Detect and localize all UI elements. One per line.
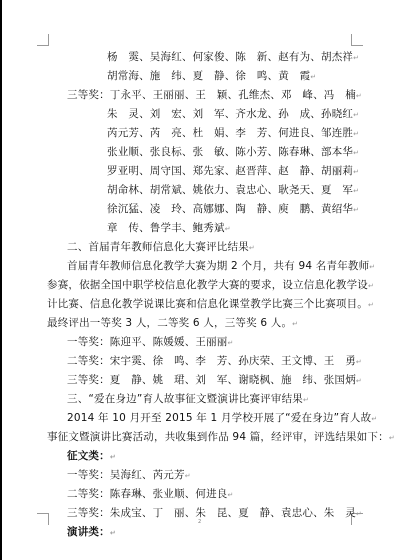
document-line: 2014 年 10 月开至 2015 年 1 月学校开展了“爱在身边”育人故↵: [67, 409, 377, 429]
document-line: 参赛，依据全国中职学校信息化教学大赛的要求，设立信息化教学设↵: [47, 276, 374, 296]
paragraph-mark-icon: ↵: [303, 396, 309, 404]
line-text: 章 传、鲁学丰、鲍秀斌: [107, 222, 225, 234]
line-text: 杨 霙、吴海红、何家俊、陈 新、赵有为、胡杰祥: [107, 51, 353, 63]
margin-corner-bottom-left: [37, 513, 49, 525]
paragraph-mark-icon: ↵: [356, 358, 362, 366]
document-line: 计比赛、信息化教学说课比赛和信息化课堂教学比赛三个比赛项目。↵: [47, 295, 374, 315]
line-text: 二等奖：宋宇霙、徐 鸣、李 芳、孙庆荣、王文博、王 勇: [67, 355, 356, 367]
paragraph-mark-icon: ↵: [228, 339, 234, 347]
margin-corner-top-left: [37, 34, 49, 46]
window-left-border: [0, 0, 2, 560]
line-text: 计比赛、信息化教学说课比赛和信息化课堂教学比赛三个比赛项目。: [47, 298, 368, 310]
document-line: 杨 霙、吴海红、何家俊、陈 新、赵有为、胡杰祥↵: [107, 48, 359, 68]
line-text: 一等奖：陈迎平、陈媛媛、王丽丽: [67, 336, 228, 348]
document-line: 一等奖：陈迎平、陈媛媛、王丽丽↵: [67, 333, 234, 353]
paragraph-mark-icon: ↵: [110, 529, 116, 537]
line-text: 徐沉猛、凌 玲、高娜娜、陶 静、庾 鹏、黄绍华: [107, 203, 353, 215]
line-text: 张业顺、张良标、张 敏、陈小芳、陈春琳、部本华: [107, 146, 353, 158]
line-text: 征文类：: [67, 450, 110, 462]
document-line: 一等奖：吴海红、芮元芳↵: [67, 466, 191, 486]
line-text: 胡常海、施 纬、夏 静、徐 鸣、黄 霞: [107, 70, 310, 82]
line-text: 二、首届青年教师信息化大赛评比结果: [67, 241, 249, 253]
line-text: 三等奖：朱成宝、丁 丽、朱 昆、夏 静、袁忠心、朱 灵: [67, 507, 356, 519]
document-line: 章 传、鲁学丰、鲍秀斌↵: [107, 219, 231, 239]
line-text: 胡命林、胡常斌、姚依力、袁忠心、耿尧天、夏 军: [107, 184, 353, 196]
paragraph-mark-icon: ↵: [353, 111, 359, 119]
paragraph-mark-icon: ↵: [310, 73, 316, 81]
document-line: 三等奖：丁永平、王丽丽、王 颖、孔维杰、邓 峰、冯 楠↵: [67, 86, 362, 106]
paragraph-mark-icon: ↵: [353, 130, 359, 138]
line-text: 参赛，依据全国中职学校信息化教学大赛的要求，设立信息化教学设: [47, 279, 368, 291]
line-text: 朱 灵、刘 宏、刘 军、齐水龙、孙 成、孙晓红: [107, 108, 353, 120]
paragraph-mark-icon: ↵: [389, 434, 395, 442]
document-line: 芮元芳、芮 亮、杜 娟、李 芳、何进良、邹连胜↵: [107, 124, 359, 144]
document-line: 胡常海、施 纬、夏 静、徐 鸣、黄 霞↵: [107, 67, 316, 87]
paragraph-mark-icon: ↵: [353, 168, 359, 176]
line-text: 演讲类：: [67, 526, 110, 538]
document-line: 胡命林、胡常斌、姚依力、袁忠心、耿尧天、夏 军↵: [107, 181, 359, 201]
line-text: 三等奖：夏 静、姚 珺、刘 军、谢晓枫、施 纬、张国炳: [67, 374, 356, 386]
paragraph-mark-icon: ↵: [228, 491, 234, 499]
line-text: 三、“爱在身边”育人故事征文暨演讲比赛评审结果: [67, 393, 303, 405]
line-text: 罗亚明、周守国、郑先家、赵晋萍、赵 静、胡丽莉: [107, 165, 353, 177]
paragraph-mark-icon: ↵: [353, 54, 359, 62]
paragraph-mark-icon: ↵: [353, 206, 359, 214]
document-line: 最终评出一等奖 3 人，二等奖 6 人，三等奖 6 人。↵: [47, 314, 298, 334]
page-number: 2: [198, 519, 201, 525]
line-text: 三等奖：丁永平、王丽丽、王 颖、孔维杰、邓 峰、冯 楠: [67, 89, 356, 101]
line-text: 首届青年教师信息化教学大赛为期 2 个月，共有 94 名青年教师: [67, 260, 369, 272]
line-text: 最终评出一等奖 3 人，二等奖 6 人，三等奖 6 人。: [47, 317, 292, 329]
paragraph-mark-icon: ↵: [356, 377, 362, 385]
document-line: 三、“爱在身边”育人故事征文暨演讲比赛评审结果↵: [67, 390, 309, 410]
paragraph-mark-icon: ↵: [371, 415, 377, 423]
paragraph-mark-icon: ↵: [249, 244, 255, 252]
document-line: 二等奖：宋宇霙、徐 鸣、李 芳、孙庆荣、王文博、王 勇↵: [67, 352, 362, 372]
document-line: 三等奖：朱成宝、丁 丽、朱 昆、夏 静、袁忠心、朱 灵↵: [67, 504, 362, 524]
line-text: 2014 年 10 月开至 2015 年 1 月学校开展了“爱在身边”育人故: [67, 412, 371, 424]
document-line: 朱 灵、刘 宏、刘 军、齐水龙、孙 成、孙晓红↵: [107, 105, 359, 125]
paragraph-mark-icon: ↵: [356, 92, 362, 100]
paragraph-mark-icon: ↵: [369, 263, 375, 271]
paragraph-mark-icon: ↵: [110, 453, 116, 461]
line-text: 一等奖：吴海红、芮元芳: [67, 469, 185, 481]
document-line: 二等奖：陈春琳、张业顺、何进良↵: [67, 485, 234, 505]
document-line: 三等奖：夏 静、姚 珺、刘 军、谢晓枫、施 纬、张国炳↵: [67, 371, 362, 391]
section-subheading: 演讲类：↵: [67, 523, 116, 543]
document-line: 二、首届青年教师信息化大赛评比结果↵: [67, 238, 255, 258]
line-text: 事征文暨演讲比赛活动，共收集到作品 94 篇，经评审，评选结果如下：: [47, 431, 389, 443]
section-subheading: 征文类：↵: [67, 447, 116, 467]
paragraph-mark-icon: ↵: [292, 320, 298, 328]
paragraph-mark-icon: ↵: [225, 225, 231, 233]
paragraph-mark-icon: ↵: [353, 187, 359, 195]
line-text: 二等奖：陈春琳、张业顺、何进良: [67, 488, 228, 500]
paragraph-mark-icon: ↵: [356, 510, 362, 518]
document-line: 张业顺、张良标、张 敏、陈小芳、陈春琳、部本华↵: [107, 143, 359, 163]
document-line: 罗亚明、周守国、郑先家、赵晋萍、赵 静、胡丽莉↵: [107, 162, 359, 182]
paragraph-mark-icon: ↵: [368, 282, 374, 290]
line-text: 芮元芳、芮 亮、杜 娟、李 芳、何进良、邹连胜: [107, 127, 353, 139]
paragraph-mark-icon: ↵: [368, 301, 374, 309]
paragraph-mark-icon: ↵: [185, 472, 191, 480]
margin-corner-top-right: [351, 34, 363, 46]
document-line: 徐沉猛、凌 玲、高娜娜、陶 静、庾 鹏、黄绍华↵: [107, 200, 359, 220]
document-line: 首届青年教师信息化教学大赛为期 2 个月，共有 94 名青年教师↵: [67, 257, 375, 277]
paragraph-mark-icon: ↵: [353, 149, 359, 157]
document-line: 事征文暨演讲比赛活动，共收集到作品 94 篇，经评审，评选结果如下：↵: [47, 428, 395, 448]
